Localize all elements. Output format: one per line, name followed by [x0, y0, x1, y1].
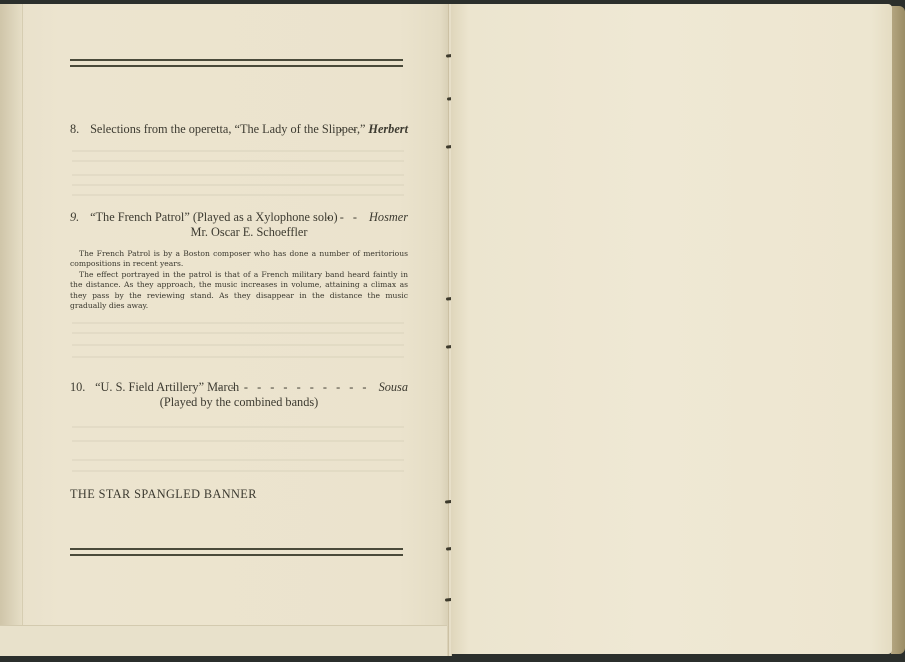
performer-name: Mr. Oscar E. Schoeffler — [80, 225, 418, 240]
bleed-through-text — [72, 344, 404, 346]
composer-name: Sousa — [379, 380, 408, 394]
item-title: “The French Patrol” (Played as a Xylopho… — [90, 210, 338, 224]
note-paragraph: The French Patrol is by a Boston compose… — [70, 249, 408, 270]
bleed-through-text — [72, 322, 404, 324]
item-number: 8. — [70, 122, 87, 137]
right-page-blank — [451, 4, 892, 654]
program-item-8: 8. Selections from the operetta, “The La… — [70, 122, 408, 137]
top-double-rule — [70, 59, 403, 67]
back-cover-edge — [891, 6, 905, 654]
bleed-through-text — [72, 332, 404, 334]
program-item-10: 10. “U. S. Field Artillery” March - - - … — [70, 380, 408, 395]
program-item-9: 9. “The French Patrol” (Played as a Xylo… — [70, 210, 408, 225]
bleed-through-text — [72, 150, 404, 152]
underlying-page-bottom — [0, 625, 447, 656]
bleed-through-text — [72, 160, 404, 162]
leader-dashes: - - - - - - - - - - - - — [218, 380, 370, 394]
closing-anthem: THE STAR SPANGLED BANNER — [70, 487, 257, 502]
composer-name: Herbert — [368, 122, 408, 136]
program-note: The French Patrol is by a Boston compose… — [70, 249, 408, 311]
bleed-through-text — [72, 470, 404, 472]
composer-name: Hosmer — [369, 210, 408, 224]
item-number: 10. — [70, 380, 92, 395]
leader-dashes: - - — [339, 122, 359, 136]
item-title: Selections from the operetta, “The Lady … — [90, 122, 365, 136]
bleed-through-text — [72, 184, 404, 186]
leader-dashes: - - - — [327, 210, 360, 224]
bottom-double-rule — [70, 548, 403, 556]
bleed-through-text — [72, 194, 404, 196]
underlying-page-edge — [0, 4, 23, 656]
performance-note: (Played by the combined bands) — [70, 395, 408, 410]
bleed-through-text — [72, 459, 404, 461]
note-paragraph: The effect portrayed in the patrol is th… — [70, 270, 408, 312]
left-page: 8. Selections from the operetta, “The La… — [0, 4, 449, 656]
bleed-through-text — [72, 356, 404, 358]
bleed-through-text — [72, 440, 404, 442]
open-booklet: 8. Selections from the operetta, “The La… — [0, 4, 905, 656]
item-number: 9. — [70, 210, 87, 225]
bleed-through-text — [72, 426, 404, 428]
bleed-through-text — [72, 174, 404, 176]
